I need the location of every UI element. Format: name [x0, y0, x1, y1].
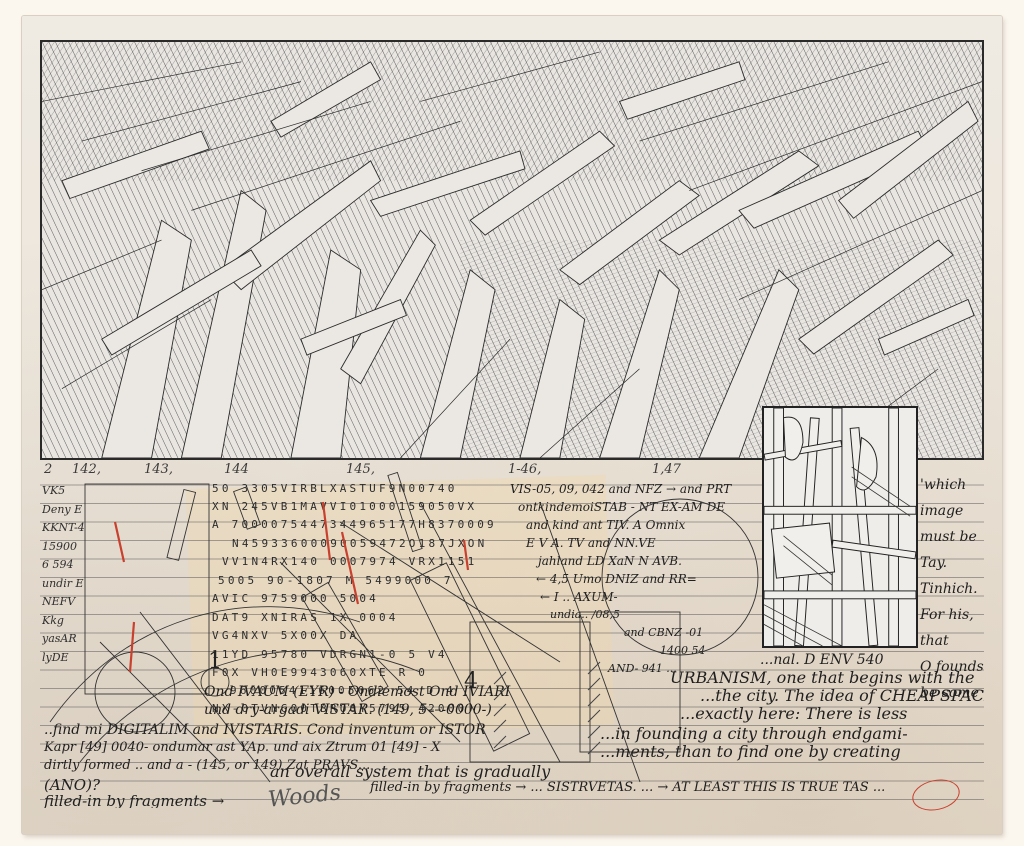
margin-note: must be — [920, 524, 1010, 550]
right-margin-notes: 'which image must be Tay. Tinhich. For h… — [920, 472, 1010, 706]
svg-text:1: 1 — [208, 649, 222, 674]
handwritten-line: und dry-argadi VISTAR. (149, 5––-0000-) — [204, 702, 492, 718]
handwritten-line: ..find mi DIGITALIM and IVISTARIS. Cond … — [44, 722, 486, 738]
handwritten-line: filled-in by fragments → ... SISTRVETAS.… — [370, 780, 885, 795]
handwritten-line: Kapr [49] 0040- ondumar ast YAp. und aix… — [44, 740, 440, 755]
shard-pattern-illustration — [42, 42, 982, 458]
margin-note: image — [920, 498, 1010, 524]
margin-note: Tay. — [920, 550, 1010, 576]
handwritten-line: ...exactly here: There is less — [680, 704, 907, 723]
handwritten-line: ...in founding a city through endgami- — [600, 724, 908, 743]
scaffolding-illustration — [764, 408, 916, 646]
margin-note: Tinhich. — [920, 576, 1010, 602]
handwritten-line: an overall system that is gradually — [270, 762, 550, 781]
handwritten-line: ...ments, than to find one by creating — [600, 742, 901, 761]
handwritten-line: filled-in by fragments → — [44, 792, 224, 808]
crystal-shard-drawing — [40, 40, 984, 460]
margin-note: 'which — [920, 472, 1010, 498]
margin-note: be some — [920, 680, 1010, 706]
margin-note: For his, — [920, 602, 1010, 628]
margin-note: O founds — [920, 654, 1010, 680]
handwritten-line: Ond IVAUM (EYR) - Ondiemost Ond IVIARI — [204, 684, 510, 700]
handwritten-line: ...nal. D ENV 540 — [760, 652, 884, 668]
margin-note: that — [920, 628, 1010, 654]
scaffolding-inset-drawing — [762, 406, 918, 648]
